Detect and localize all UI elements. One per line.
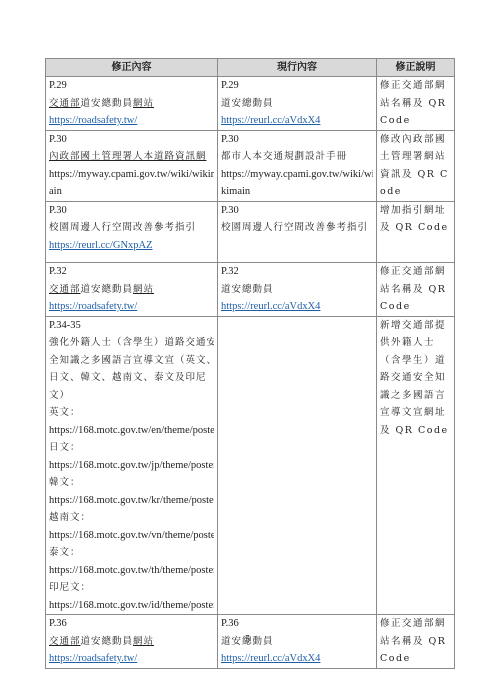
language-label-japanese: 日文：: [49, 439, 214, 457]
page-ref: P.30: [221, 131, 373, 149]
language-label-indonesian: 印尼文：: [49, 579, 214, 597]
poster-title-line: 日文、韓文、越南文、泰文及印尼: [49, 369, 214, 387]
page-ref: P.36: [221, 615, 373, 633]
site-title: 交通部道安總動員網站: [49, 95, 214, 113]
revision-comparison-table: 修正內容 現行內容 修正說明 P.29 交通部道安總動員網站 https://r…: [45, 58, 455, 669]
table-row: P.32 交通部道安總動員網站 https://roadsafety.tw/ P…: [46, 263, 455, 317]
url-text-continued: ain: [49, 183, 214, 201]
page-ref: P.32: [221, 263, 373, 281]
url-text-continued: kimain: [221, 183, 373, 201]
page-ref: P.30: [49, 202, 214, 220]
revised-cell: P.30 校園周邊人行空間改善參考指引 https://reurl.cc/GNx…: [46, 201, 218, 263]
language-label-korean: 韓文：: [49, 474, 214, 492]
url-indonesian: https://168.motc.gov.tw/id/theme/poster: [49, 597, 214, 615]
url-link[interactable]: https://reurl.cc/aVdxX4: [221, 298, 373, 316]
note-cell: 修正交通部網站名稱及 QR Code: [377, 77, 455, 131]
language-label-thai: 泰文：: [49, 544, 214, 562]
header-revised-content: 修正內容: [46, 59, 218, 77]
page-number: 5: [0, 634, 495, 645]
page-ref: P.29: [221, 77, 373, 95]
url-korean: https://168.motc.gov.tw/kr/theme/poster: [49, 492, 214, 510]
poster-title-line: 全知識之多國語言宣導文宣（英文、: [49, 352, 214, 370]
revised-cell: P.32 交通部道安總動員網站 https://roadsafety.tw/: [46, 263, 218, 317]
poster-title-line: 文）: [49, 387, 214, 405]
url-link[interactable]: https://reurl.cc/aVdxX4: [221, 650, 373, 668]
manual-title: 都市人本交通規劃設計手冊: [221, 148, 373, 166]
guide-title: 校園周邊人行空間改善參考指引: [49, 219, 214, 237]
revised-cell: P.34-35 強化外籍人士（含學生）道路交通安 全知識之多國語言宣導文宣（英文…: [46, 316, 218, 615]
url-link[interactable]: https://roadsafety.tw/: [49, 112, 214, 130]
url-english: https://168.motc.gov.tw/en/theme/poster: [49, 422, 214, 440]
current-cell-empty: [218, 316, 377, 615]
url-japanese: https://168.motc.gov.tw/jp/theme/poster: [49, 457, 214, 475]
site-title: 交通部道安總動員網站: [49, 281, 214, 299]
note-cell: 增加指引網址及 QR Code: [377, 201, 455, 263]
page-ref: P.29: [49, 77, 214, 95]
language-label-english: 英文：: [49, 404, 214, 422]
url-text: https://myway.cpami.gov.tw/wiki/wikim: [49, 166, 214, 184]
current-cell: P.32 道安總動員 https://reurl.cc/aVdxX4: [218, 263, 377, 317]
site-title: 內政部國土管理署人本道路資訊網: [49, 148, 214, 166]
table-header-row: 修正內容 現行內容 修正說明: [46, 59, 455, 77]
language-label-vietnamese: 越南文：: [49, 509, 214, 527]
url-thai: https://168.motc.gov.tw/th/theme/poster: [49, 562, 214, 580]
header-revision-note: 修正說明: [377, 59, 455, 77]
url-link[interactable]: https://roadsafety.tw/: [49, 650, 214, 668]
note-cell: 修正交通部網站名稱及 QR Code: [377, 263, 455, 317]
page-ref: P.34-35: [49, 317, 214, 335]
url-link[interactable]: https://roadsafety.tw/: [49, 298, 214, 316]
note-cell: 修改內政部國土管理署網站資訊及 QR Code: [377, 130, 455, 201]
url-text: https://myway.cpami.gov.tw/wiki/wi: [221, 166, 373, 184]
table-row: P.30 校園周邊人行空間改善參考指引 https://reurl.cc/GNx…: [46, 201, 455, 263]
header-current-content: 現行內容: [218, 59, 377, 77]
page-ref: P.36: [49, 615, 214, 633]
table-row: P.34-35 強化外籍人士（含學生）道路交通安 全知識之多國語言宣導文宣（英文…: [46, 316, 455, 615]
page-ref: P.30: [221, 202, 373, 220]
revised-cell: P.30 內政部國土管理署人本道路資訊網 https://myway.cpami…: [46, 130, 218, 201]
revised-cell: P.29 交通部道安總動員網站 https://roadsafety.tw/: [46, 77, 218, 131]
url-link[interactable]: https://reurl.cc/aVdxX4: [221, 112, 373, 130]
poster-title-line: 強化外籍人士（含學生）道路交通安: [49, 334, 214, 352]
site-title: 道安總動員: [221, 95, 373, 113]
current-cell: P.30 校園周邊人行空間改善參考指引: [218, 201, 377, 263]
note-cell: 新增交通部提供外籍人士（含學生）道路交通安全知識之多國語言宣導文宣網址及 QR …: [377, 316, 455, 615]
current-cell: P.30 都市人本交通規劃設計手冊 https://myway.cpami.go…: [218, 130, 377, 201]
table-row: P.30 內政部國土管理署人本道路資訊網 https://myway.cpami…: [46, 130, 455, 201]
url-vietnamese: https://168.motc.gov.tw/vn/theme/poster: [49, 527, 214, 545]
document-page: 修正內容 現行內容 修正說明 P.29 交通部道安總動員網站 https://r…: [0, 0, 495, 700]
table-row: P.29 交通部道安總動員網站 https://roadsafety.tw/ P…: [46, 77, 455, 131]
guide-title: 校園周邊人行空間改善參考指引: [221, 219, 373, 237]
url-link[interactable]: https://reurl.cc/GNxpAZ: [49, 237, 214, 255]
site-title: 道安總動員: [221, 281, 373, 299]
current-cell: P.29 道安總動員 https://reurl.cc/aVdxX4: [218, 77, 377, 131]
page-ref: P.32: [49, 263, 214, 281]
page-ref: P.30: [49, 131, 214, 149]
